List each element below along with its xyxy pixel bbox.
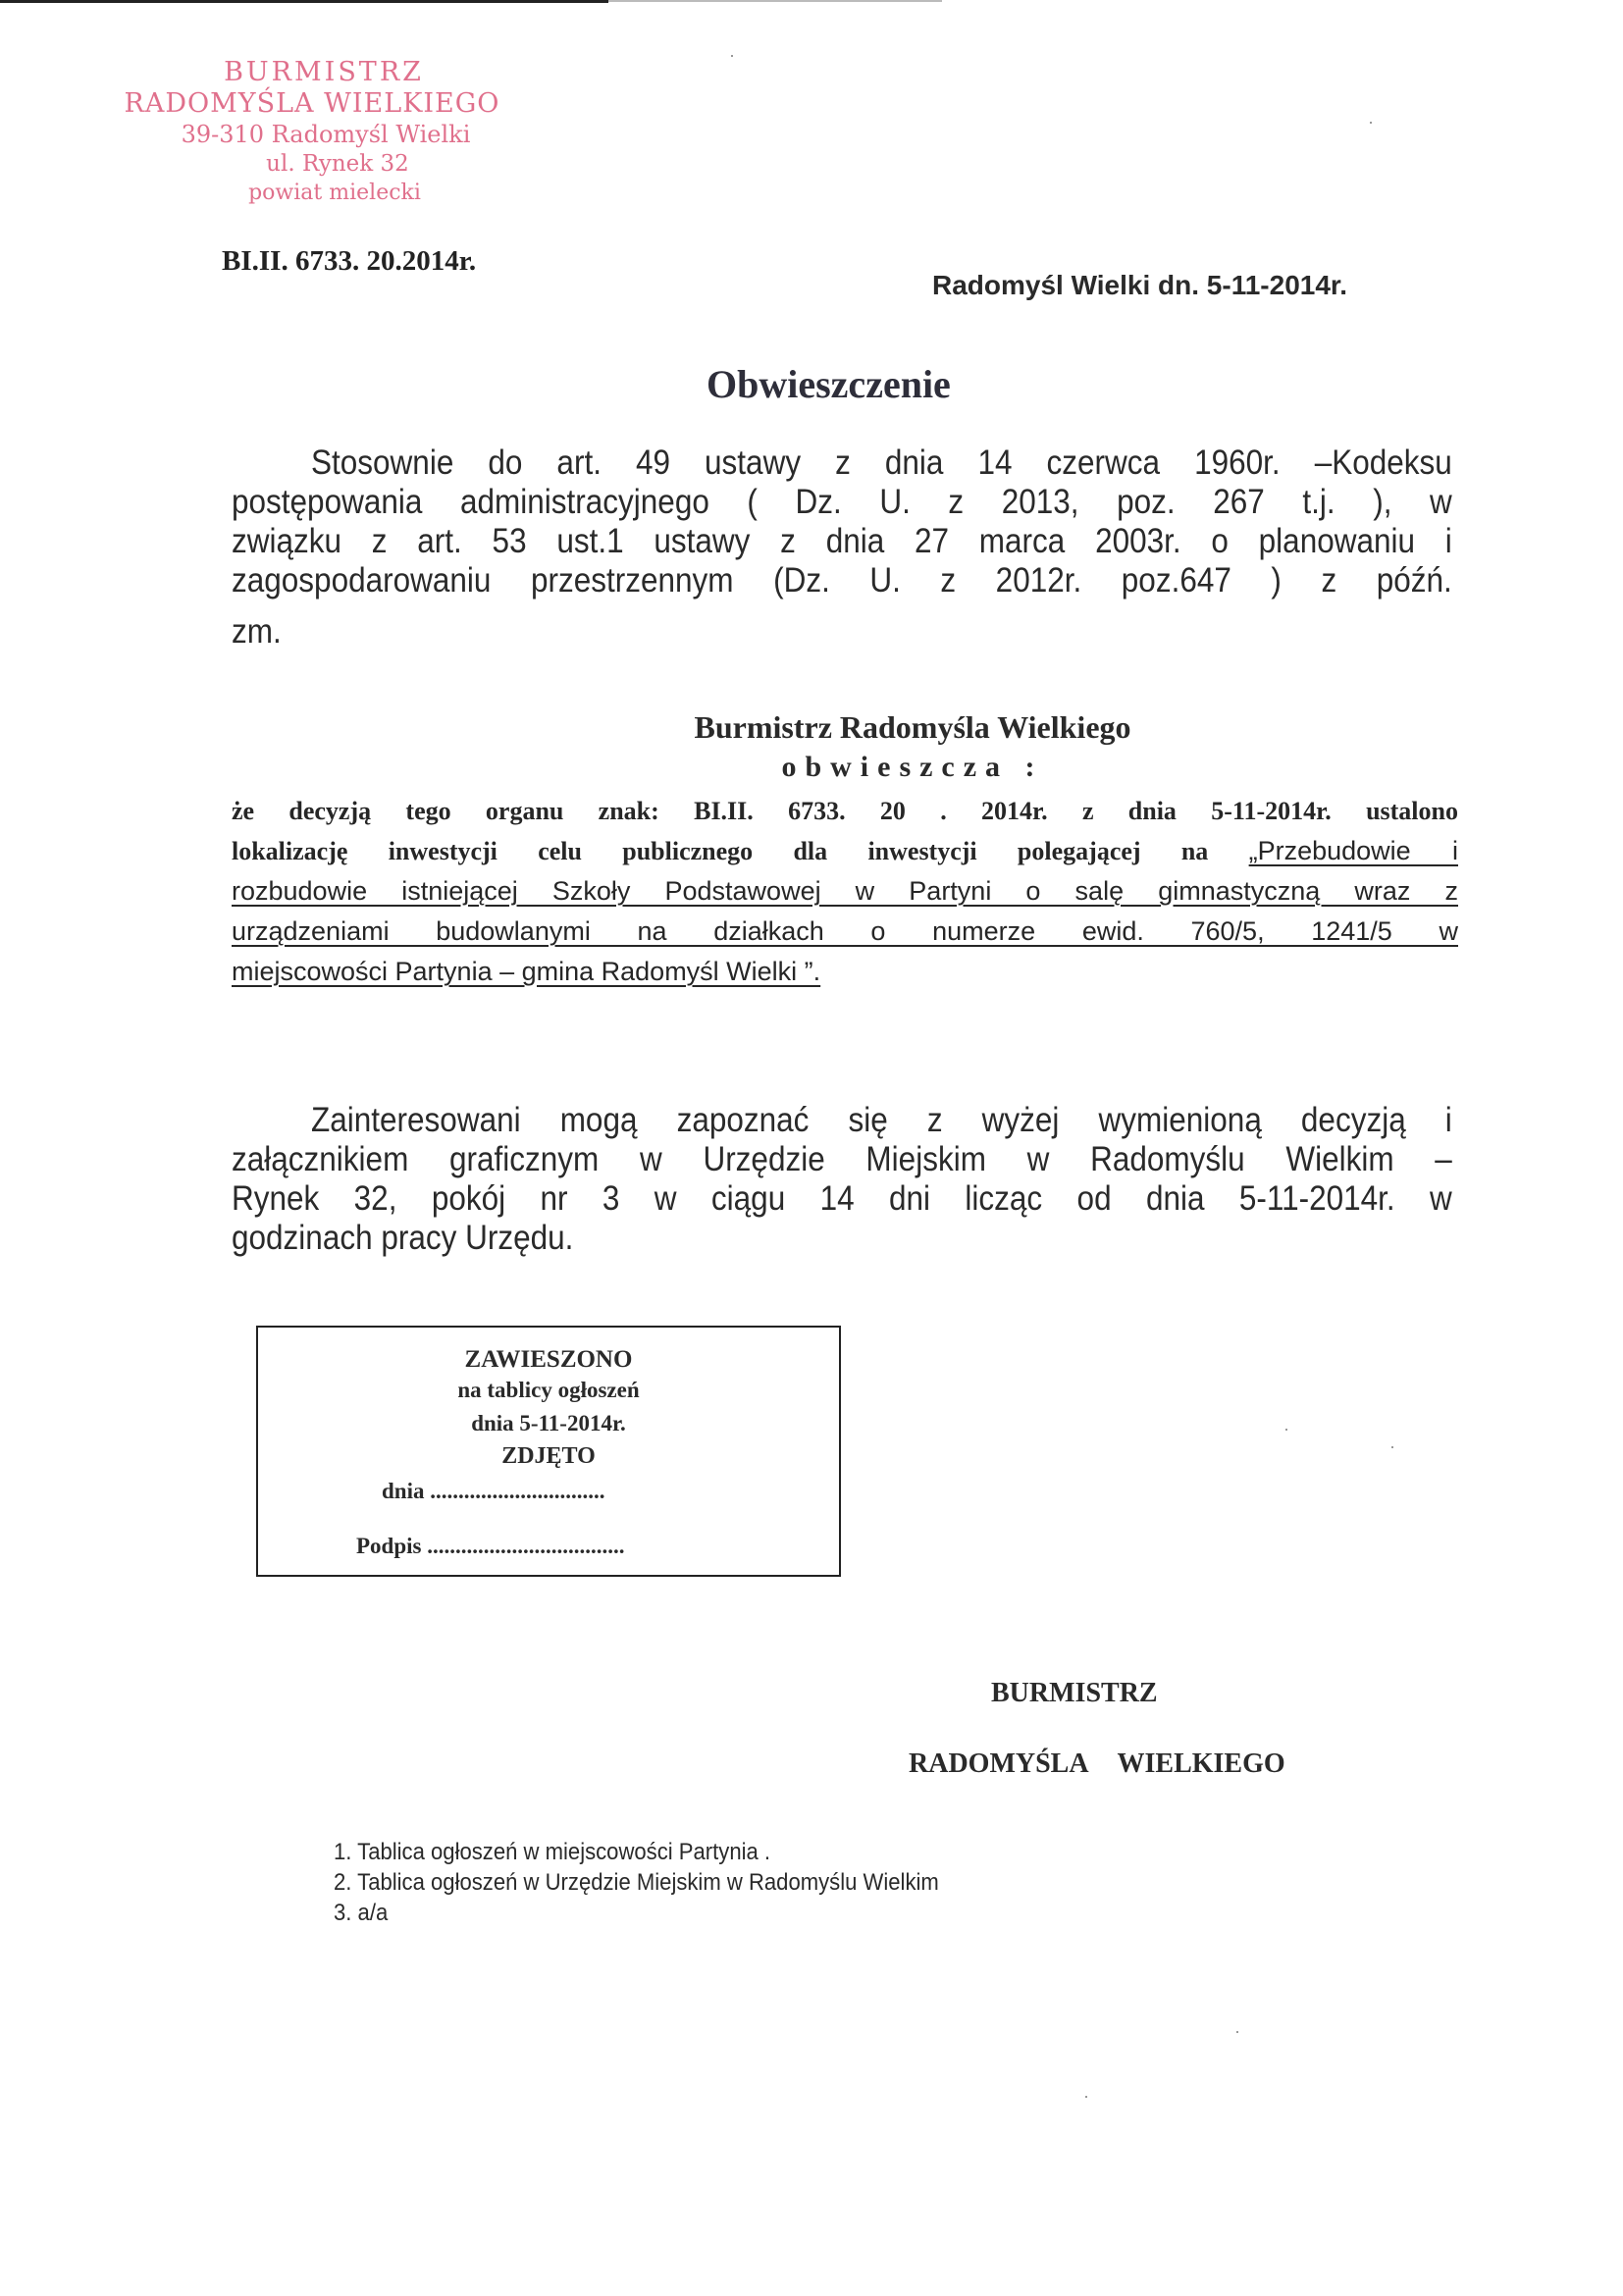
text-line: zm. [232, 612, 1452, 652]
signature-title: RADOMYŚLA WIELKIEGO [909, 1748, 1285, 1780]
text-line: godzinach pracy Urzędu. [232, 1219, 1452, 1258]
posted-label: ZAWIESZONO [258, 1345, 839, 1375]
removed-date-field: dnia ............................... [382, 1477, 839, 1506]
issuer-block: Burmistrz Radomyśla Wielkiego obwieszcza… [638, 706, 1187, 787]
signature-field: Podpis .................................… [356, 1532, 839, 1561]
text-line: Rynek 32, pokój nr 3 w ciągu 14 dni licz… [232, 1179, 1452, 1219]
investment-name: rozbudowie istniejącej Szkoły Podstawowe… [232, 871, 1458, 912]
text-line: Zainteresowani mogą zapoznać się z wyżej… [232, 1101, 1452, 1140]
signature-title: BURMISTRZ [991, 1678, 1158, 1709]
board-label: na tablicy ogłoszeń [258, 1375, 839, 1406]
issuer-verb: obwieszcza : [638, 748, 1187, 787]
reference-number: BI.II. 6733. 20.2014r. [222, 245, 476, 278]
distribution-item: 1. Tablica ogłoszeń w miejscowości Party… [334, 1837, 939, 1867]
investment-name: urządzeniami budowlanymi na działkach o … [232, 912, 1458, 952]
scan-edge [0, 0, 608, 3]
intro-paragraph: Stosownie do art. 49 ustawy z dnia 14 cz… [232, 444, 1331, 652]
stamp-line: BURMISTRZ [108, 57, 540, 88]
scan-speck [1085, 2096, 1087, 2098]
text-line: załącznikiem graficznym w Urzędzie Miejs… [232, 1140, 1452, 1179]
scan-edge [608, 0, 942, 2]
text-line: zagospodarowaniu przestrzennym (Dz. U. z… [232, 561, 1452, 600]
notice-paragraph: Zainteresowani mogą zapoznać się z wyżej… [232, 1101, 1331, 1258]
text-line: postępowania administracyjnego ( Dz. U. … [232, 483, 1452, 522]
text-segment: lokalizację inwestycji celu publicznego … [232, 837, 1249, 865]
distribution-item: 2. Tablica ogłoszeń w Urzędzie Miejskim … [334, 1867, 939, 1898]
scan-speck [731, 55, 733, 57]
document-title: Obwieszczenie [707, 361, 951, 407]
stamp-line: 39-310 Radomyśl Wielki [112, 120, 540, 149]
text-line: lokalizację inwestycji celu publicznego … [232, 831, 1458, 871]
scan-speck [1285, 1429, 1287, 1431]
investment-name: miejscowości Partynia – gmina Radomyśl W… [232, 952, 1458, 992]
stamp-line: RADOMYŚLA WIELKIEGO [84, 88, 540, 120]
decision-paragraph: że decyzją tego organu znak: BI.II. 6733… [232, 791, 1458, 992]
scan-speck [1236, 2031, 1238, 2033]
removed-label: ZDJĘTO [258, 1441, 839, 1471]
distribution-item: 3. a/a [334, 1898, 939, 1928]
office-stamp: BURMISTRZ RADOMYŚLA WIELKIEGO 39-310 Rad… [108, 57, 540, 208]
issuer-name: Burmistrz Radomyśla Wielkiego [638, 706, 1187, 748]
text-line: związku z art. 53 ust.1 ustawy z dnia 27… [232, 522, 1452, 561]
scan-speck [1370, 122, 1372, 124]
scan-speck [1391, 1446, 1393, 1448]
place-and-date: Radomyśl Wielki dn. 5-11-2014r. [932, 270, 1347, 301]
text-line: Stosownie do art. 49 ustawy z dnia 14 cz… [232, 444, 1452, 483]
distribution-list: 1. Tablica ogłoszeń w miejscowości Party… [334, 1837, 939, 1928]
posted-date: dnia 5-11-2014r. [258, 1406, 839, 1441]
posting-record-box: ZAWIESZONO na tablicy ogłoszeń dnia 5-11… [256, 1326, 841, 1577]
text-line: że decyzją tego organu znak: BI.II. 6733… [232, 791, 1458, 831]
stamp-line: ul. Rynek 32 [135, 149, 540, 179]
investment-name: „Przebudowie i [1249, 836, 1458, 865]
stamp-line: powiat mielecki [130, 179, 540, 208]
